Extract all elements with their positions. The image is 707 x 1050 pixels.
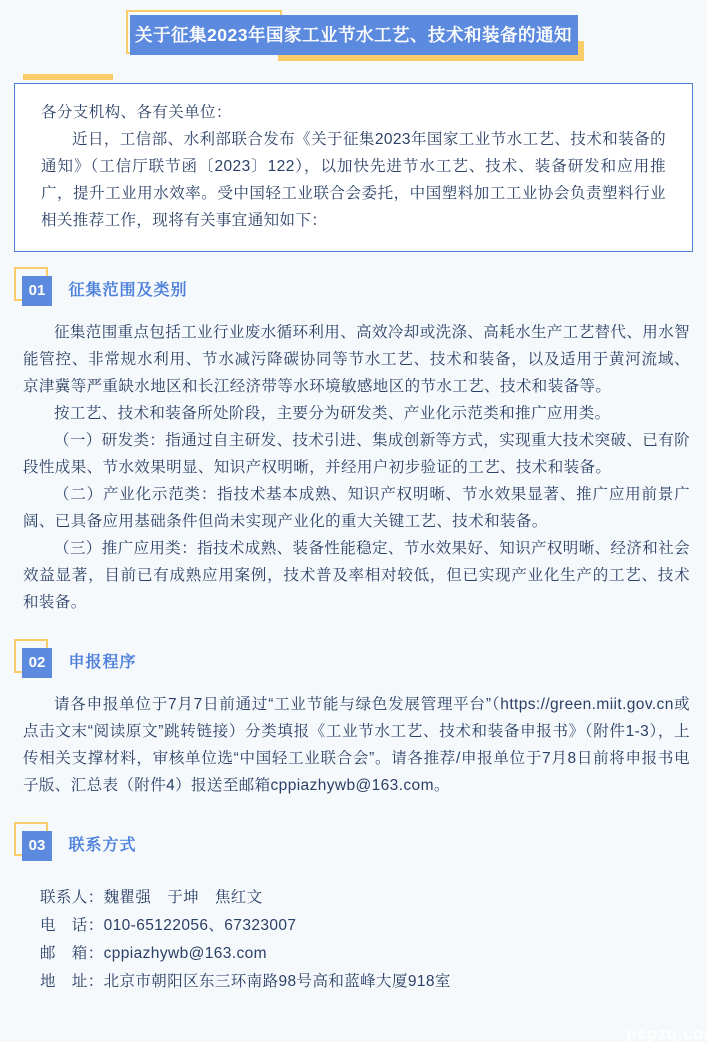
- section-body-03: 联系人：魏瞿强 于坤 焦红文 电 话：010-65122056、67323007…: [0, 861, 707, 996]
- contact-line-person: 联系人：魏瞿强 于坤 焦红文: [40, 884, 690, 912]
- section-paragraph: 请各申报单位于7月7日前通过“工业节能与绿色发展管理平台”（https://gr…: [23, 691, 690, 799]
- section-title: 征集范围及类别: [68, 276, 187, 306]
- contact-line-email: 邮 箱：cppiazhywb@163.com: [40, 940, 690, 968]
- section-title: 联系方式: [68, 831, 136, 861]
- section-contact-info: 03 联系方式 联系人：魏瞿强 于坤 焦红文 电 话：010-65122056、…: [0, 831, 707, 996]
- bottom-white-strip: [0, 1042, 707, 1050]
- section-header-01: 01 征集范围及类别: [22, 276, 707, 306]
- contact-line-phone: 电 话：010-65122056、67323007: [40, 912, 690, 940]
- section-paragraph: （一）研发类：指通过自主研发、技术引进、集成创新等方式，实现重大技术突破、已有阶…: [23, 427, 690, 481]
- section-paragraph: 征集范围重点包括工业行业废水循环利用、高效冷却或洗涤、高耗水生产工艺替代、用水智…: [23, 319, 690, 400]
- watermark: pcpzq.com: [626, 1026, 707, 1044]
- section-body-02: 请各申报单位于7月7日前通过“工业节能与绿色发展管理平台”（https://gr…: [0, 678, 707, 799]
- yellow-bar-decoration: [23, 74, 113, 80]
- salutation: 各分支机构、各有关单位：: [41, 99, 666, 126]
- intro-box: 各分支机构、各有关单位： 近日，工信部、水利部联合发布《关于征集2023年国家工…: [14, 83, 693, 252]
- section-number-badge: 02: [22, 648, 52, 678]
- section-collection-scope: 01 征集范围及类别 征集范围重点包括工业行业废水循环利用、高效冷却或洗涤、高耗…: [0, 276, 707, 616]
- banner-yellow-underline-decoration: [278, 41, 584, 61]
- section-header-03: 03 联系方式: [22, 831, 707, 861]
- intro-paragraph: 近日，工信部、水利部联合发布《关于征集2023年国家工业节水工艺、技术和装备的通…: [41, 126, 666, 234]
- section-application-procedure: 02 申报程序 请各申报单位于7月7日前通过“工业节能与绿色发展管理平台”（ht…: [0, 648, 707, 799]
- section-paragraph: 按工艺、技术和装备所处阶段，主要分为研发类、产业化示范类和推广应用类。: [23, 400, 690, 427]
- section-paragraph: （二）产业化示范类：指技术基本成熟、知识产权明晰、节水效果显著、推广应用前景广阔…: [23, 481, 690, 535]
- section-body-01: 征集范围重点包括工业行业废水循环利用、高效冷却或洗涤、高耗水生产工艺替代、用水智…: [0, 306, 707, 616]
- notice-page: 关于征集2023年国家工业节水工艺、技术和装备的通知 各分支机构、各有关单位： …: [0, 0, 707, 1050]
- section-title: 申报程序: [68, 648, 136, 678]
- section-number-badge: 01: [22, 276, 52, 306]
- section-number-badge: 03: [22, 831, 52, 861]
- title-banner: 关于征集2023年国家工业节水工艺、技术和装备的通知: [130, 15, 578, 55]
- section-header-02: 02 申报程序: [22, 648, 707, 678]
- section-paragraph: （三）推广应用类：指技术成熟、装备性能稳定、节水效果好、知识产权明晰、经济和社会…: [23, 535, 690, 616]
- contact-line-address: 地 址：北京市朝阳区东三环南路98号高和蓝峰大厦918室: [40, 968, 690, 996]
